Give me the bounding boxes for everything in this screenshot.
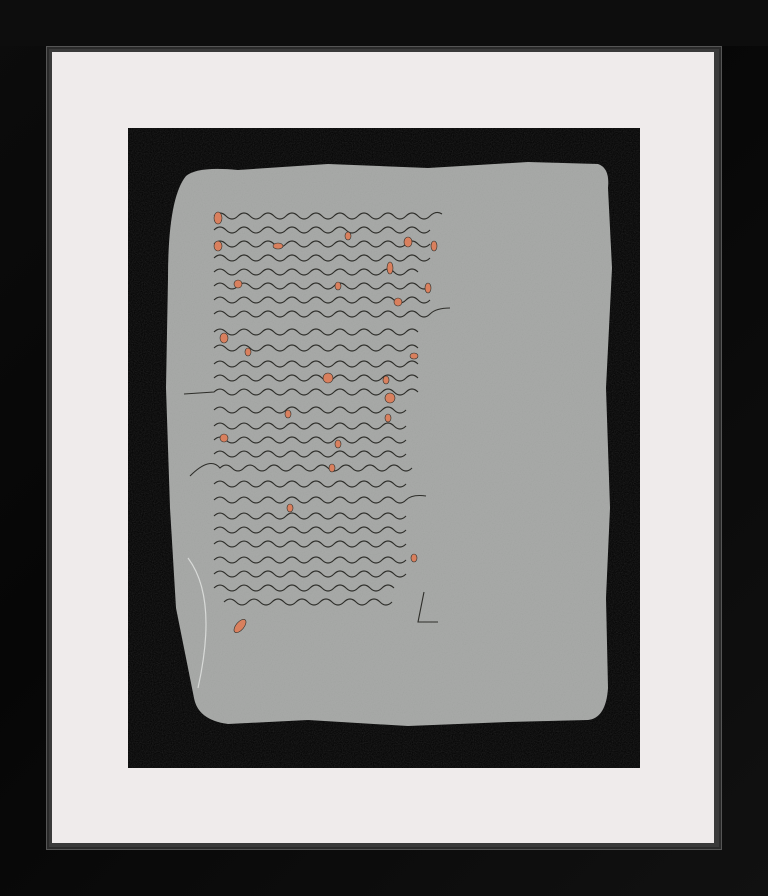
picture-frame (0, 0, 768, 896)
artwork (128, 128, 640, 768)
frame-top-edge (0, 0, 768, 46)
paper-sheet (128, 128, 640, 768)
